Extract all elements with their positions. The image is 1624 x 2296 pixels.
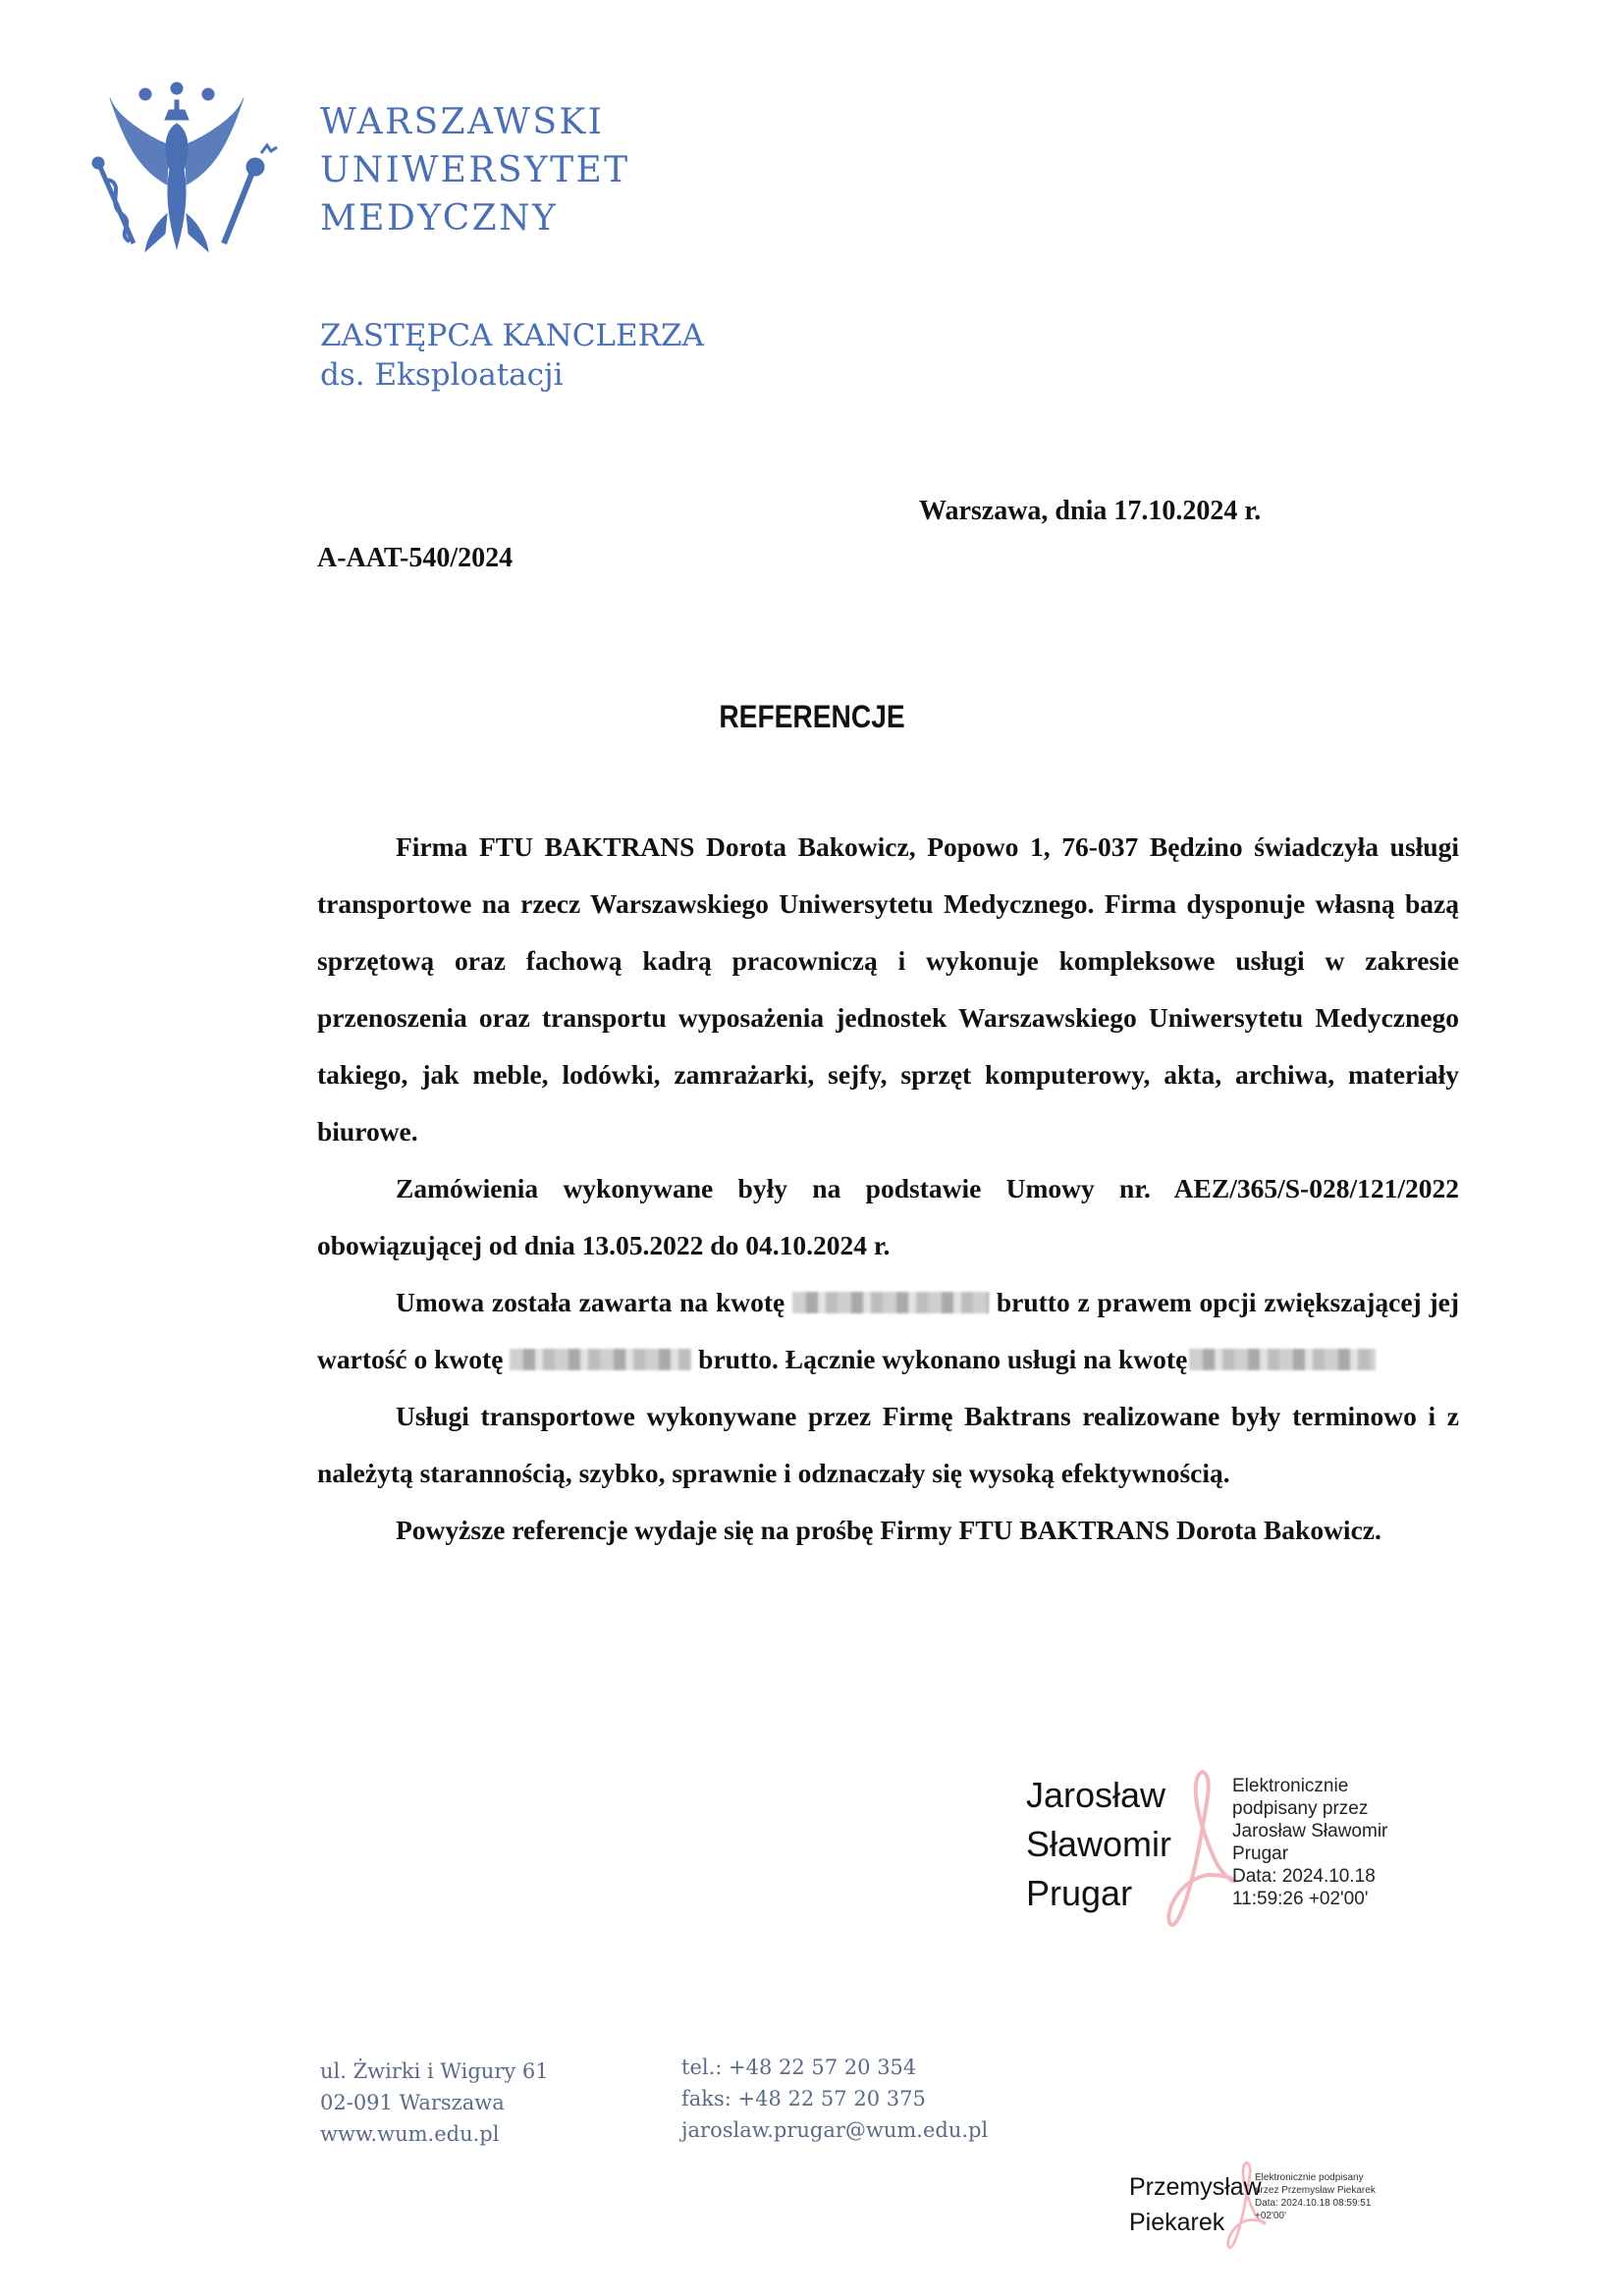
amount-text: brutto. Łącznie wykonano usługi na kwotę <box>698 1344 1187 1374</box>
second-signature-details: Elektronicznie podpisany przez Przemysła… <box>1255 2171 1376 2222</box>
paragraph-amounts: Umowa została zawarta na kwotę brutto z … <box>317 1274 1459 1388</box>
signature-detail-line: Elektronicznie podpisany <box>1255 2171 1376 2184</box>
university-name-line: WARSZAWSKI <box>320 98 630 146</box>
paragraph: Powyższe referencje wydaje się na prośbę… <box>317 1502 1459 1559</box>
signer-name: Jarosław Sławomir Prugar <box>1026 1771 1171 1918</box>
signer-name-line: Piekarek <box>1129 2205 1262 2240</box>
footer-line: ul. Żwirki i Wigury 61 <box>320 2056 549 2087</box>
paragraph: Firma FTU BAKTRANS Dorota Bakowicz, Popo… <box>317 819 1459 1160</box>
signer-name-line: Jarosław <box>1026 1771 1171 1820</box>
signature-detail-line: Elektronicznie <box>1232 1775 1387 1797</box>
university-name-line: MEDYCZNY <box>320 194 630 242</box>
signature-detail-line: Jarosław Sławomir <box>1232 1820 1387 1842</box>
university-name: WARSZAWSKI UNIWERSYTET MEDYCZNY <box>320 98 630 242</box>
university-name-line: UNIWERSYTET <box>320 146 630 194</box>
signer-name-line: Przemysław <box>1129 2169 1262 2205</box>
reference-number: A-AAT-540/2024 <box>317 543 513 574</box>
signature-detail-line: podpisany przez <box>1232 1797 1387 1820</box>
signer-name-line: Prugar <box>1026 1869 1171 1918</box>
footer-email-link[interactable]: jaroslaw.prugar@wum.edu.pl <box>681 2114 988 2146</box>
footer-line: 02-091 Warszawa <box>320 2087 549 2118</box>
paragraph: Usługi transportowe wykonywane przez Fir… <box>317 1388 1459 1502</box>
university-eagle-logo-icon <box>86 77 322 283</box>
signature-detail-line: +02'00' <box>1255 2210 1376 2222</box>
letter-body: Firma FTU BAKTRANS Dorota Bakowicz, Popo… <box>317 819 1459 1559</box>
paragraph: Zamówienia wykonywane były na podstawie … <box>317 1160 1459 1274</box>
place-date: Warszawa, dnia 17.10.2024 r. <box>919 496 1261 527</box>
signature-detail-line: Data: 2024.10.18 <box>1232 1865 1387 1888</box>
unit-subtitle: ds. Eksploatacji <box>320 355 564 395</box>
signature-details: Elektronicznie podpisany przez Jarosław … <box>1232 1775 1387 1910</box>
signer-name-line: Sławomir <box>1026 1820 1171 1869</box>
redacted-amount <box>792 1292 989 1313</box>
second-signer-name: Przemysław Piekarek <box>1129 2169 1262 2240</box>
footer-website-link[interactable]: www.wum.edu.pl <box>320 2118 549 2150</box>
document-title: REFERENCJE <box>97 699 1527 735</box>
footer-fax: faks: +48 22 57 20 375 <box>681 2083 988 2114</box>
amount-text: Umowa została zawarta na kwotę <box>396 1287 785 1317</box>
unit-title: ZASTĘPCA KANCLERZA <box>320 316 704 355</box>
footer-phone: tel.: +48 22 57 20 354 <box>681 2052 988 2083</box>
signature-detail-line: 11:59:26 +02'00' <box>1232 1888 1387 1910</box>
star-icon <box>139 82 214 100</box>
footer-contact: tel.: +48 22 57 20 354 faks: +48 22 57 2… <box>681 2052 988 2146</box>
redacted-amount <box>510 1349 691 1370</box>
redacted-amount <box>1189 1349 1376 1370</box>
signature-detail-line: przez Przemysław Piekarek <box>1255 2184 1376 2197</box>
footer-address: ul. Żwirki i Wigury 61 02-091 Warszawa w… <box>320 2056 549 2150</box>
signature-detail-line: Prugar <box>1232 1842 1387 1865</box>
signature-detail-line: Data: 2024.10.18 08:59:51 <box>1255 2197 1376 2210</box>
